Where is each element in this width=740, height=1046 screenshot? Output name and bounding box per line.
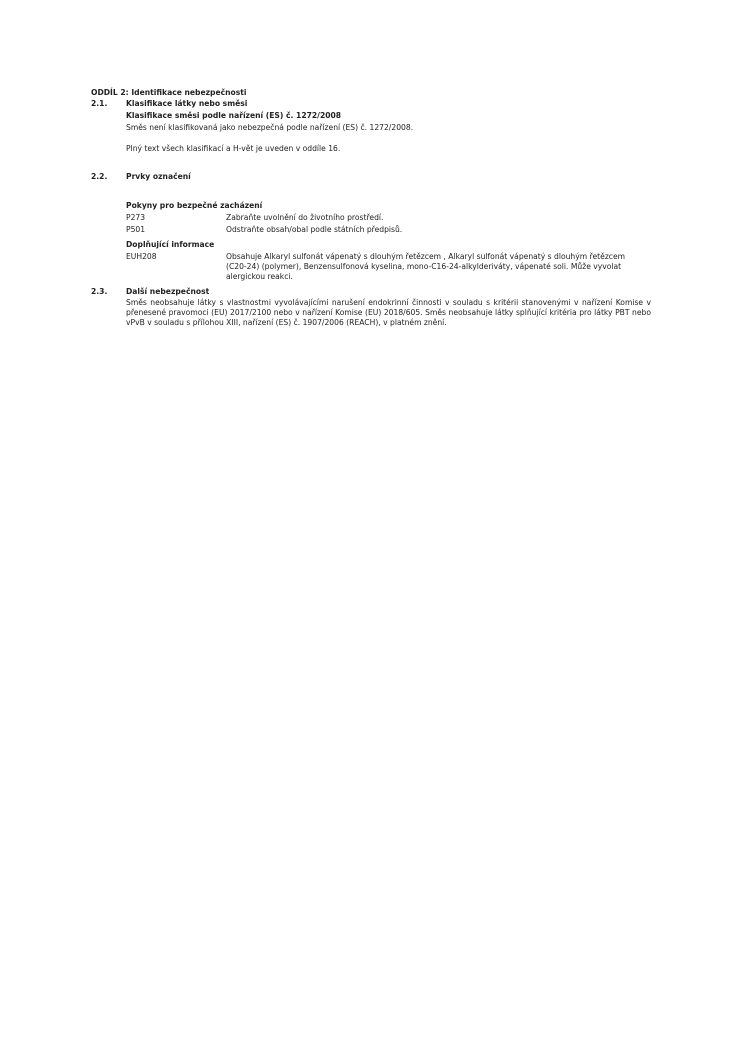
- classification-text: Směs není klasifikovaná jako nebezpečná …: [126, 123, 413, 133]
- precaution-code: P501: [126, 225, 145, 235]
- section-number: 2.3.: [91, 287, 107, 297]
- precautions-title: Pokyny pro bezpečné zacházení: [126, 201, 262, 211]
- precaution-text: Odstraňte obsah/obal podle státních před…: [226, 225, 402, 235]
- precaution-code: P273: [126, 213, 145, 223]
- full-text-note: Plný text všech klasifikací a H-vět je u…: [126, 144, 340, 154]
- precaution-text: Zabraňte uvolnění do životního prostředí…: [226, 213, 383, 223]
- section-number: 2.1.: [91, 99, 107, 109]
- supplemental-title: Doplňující informace: [126, 240, 214, 250]
- subsection-title: Klasifikace směsi podle nařízení (ES) č.…: [126, 111, 341, 121]
- other-hazards-text: Směs neobsahuje látky s vlastnostmi vyvo…: [126, 298, 651, 328]
- section-title: Klasifikace látky nebo směsi: [126, 99, 247, 109]
- section-number: 2.2.: [91, 172, 107, 182]
- supplemental-code: EUH208: [126, 252, 157, 262]
- section-title: Prvky označení: [126, 172, 191, 182]
- section-title: Další nebezpečnost: [126, 287, 209, 297]
- supplemental-text: Obsahuje Alkaryl sulfonát vápenatý s dlo…: [226, 252, 626, 282]
- section-heading: ODDÍL 2: Identifikace nebezpečnosti: [91, 88, 247, 98]
